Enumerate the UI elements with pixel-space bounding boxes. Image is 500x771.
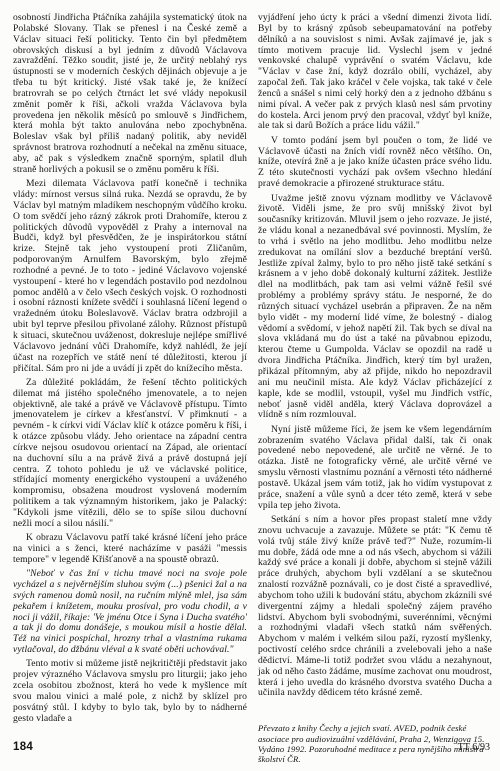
page-footer: 184 TT 6/93 bbox=[13, 741, 490, 753]
paragraph: Setkání s ním a hovor přes propast stale… bbox=[258, 515, 492, 699]
paragraph: vyjádření jeho úcty k práci a všední dim… bbox=[258, 13, 492, 132]
paragraph: Uvažme ještě znovu význam modlitby ve Vá… bbox=[258, 194, 492, 422]
paragraph: Za důležité pokládám, že řešení těchto p… bbox=[13, 378, 247, 530]
two-column-text-block: osobností Jindřicha Ptáčníka zahájila sy… bbox=[13, 13, 492, 764]
page-number: 184 bbox=[13, 741, 33, 753]
paragraph: Mezi dilemata Václavova patří konečně i … bbox=[13, 179, 247, 374]
paragraph: Tento motiv si můžeme jistě nejkritičtěj… bbox=[13, 659, 247, 724]
paragraph: V tomto podání jsem byl poučen o tom, že… bbox=[258, 136, 492, 190]
text-column-right: vyjádření jeho úcty k práci a všední dim… bbox=[258, 13, 492, 764]
paragraph: osobností Jindřicha Ptáčníka zahájila sy… bbox=[13, 13, 247, 176]
text-column-left: osobností Jindřicha Ptáčníka zahájila sy… bbox=[13, 13, 247, 764]
scanned-article-page: osobností Jindřicha Ptáčníka zahájila sy… bbox=[0, 0, 500, 771]
journal-issue-label: TT 6/93 bbox=[458, 742, 490, 753]
paragraph: Nyní jistě můžeme říci, že jsem ke všem … bbox=[258, 425, 492, 512]
legend-quote-paragraph: "Neboť v čas žní v tichu tmavé noci na s… bbox=[13, 569, 247, 656]
paragraph: K obrazu Václavovu patří také krásné líč… bbox=[13, 533, 247, 566]
